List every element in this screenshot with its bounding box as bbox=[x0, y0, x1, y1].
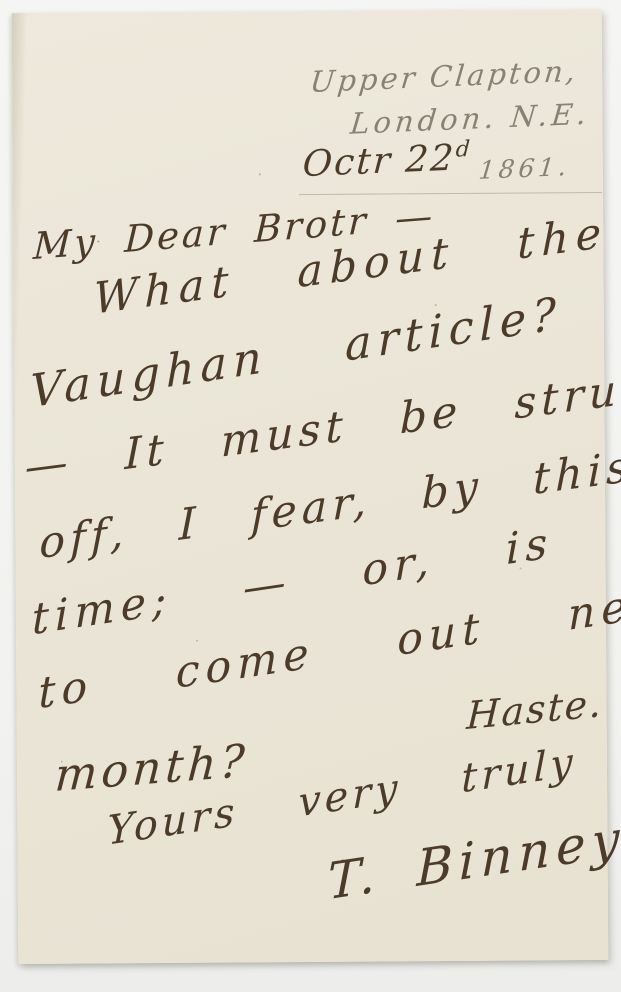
letterhead-line-2: London. N.E. bbox=[349, 97, 592, 141]
date-printed-year: 1861. bbox=[477, 152, 571, 185]
letterhead-line-1: Upper Clapton, bbox=[309, 54, 580, 99]
date-superscript: d bbox=[455, 137, 473, 163]
date-day: Octr 22 bbox=[301, 138, 456, 186]
body-line-haste: Haste. bbox=[466, 681, 605, 738]
date-handwritten: Octr 22d bbox=[301, 137, 472, 185]
photo-background: Upper Clapton, London. N.E. Octr 22d 186… bbox=[0, 0, 621, 992]
date-rule bbox=[299, 192, 602, 195]
signature: T. Binney. bbox=[327, 806, 621, 911]
letter-paper: Upper Clapton, London. N.E. Octr 22d 186… bbox=[12, 9, 609, 964]
